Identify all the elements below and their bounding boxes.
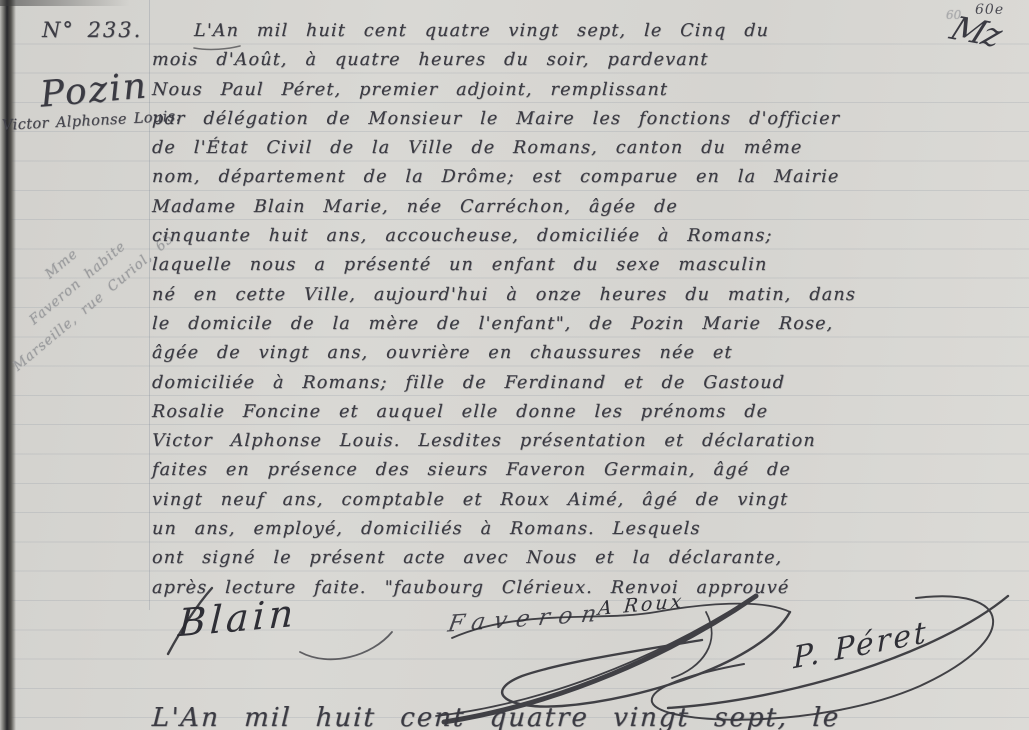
act-line: cinquante huit ans, accoucheuse, domicil… [151, 222, 1018, 251]
signature-peret: P. Péret [793, 615, 929, 677]
act-line: par délégation de Monsieur le Maire les … [151, 105, 1018, 134]
act-number: N° 233. [42, 18, 142, 42]
act-line: domiciliée à Romans; fille de Ferdinand … [151, 369, 1018, 398]
signature-blain: Blain [177, 591, 298, 646]
act-line: un ans, employé, domiciliés à Romans. Le… [151, 515, 1018, 544]
act-line: Rosalie Foncine et auquel elle donne les… [151, 398, 1018, 427]
act-line: faites en présence des sieurs Faveron Ge… [151, 456, 1018, 485]
binding-edge-top [0, 0, 130, 6]
flourish-roux-tail [672, 612, 712, 678]
act-line: Madame Blain Marie, née Carréchon, âgée … [151, 193, 1018, 222]
act-line: mois d'Août, à quatre heures du soir, pa… [151, 46, 1018, 75]
next-act-partial-line: L'An mil huit cent quatre vingt sept, le [151, 703, 841, 730]
signature-faveron: Faveron [446, 600, 608, 637]
margin-rule-line [149, 0, 150, 610]
act-line: né en cette Ville, aujourd'hui à onze he… [151, 281, 1018, 310]
act-line: nom, département de la Drôme; est compar… [151, 163, 1018, 192]
act-line: ont signé le présent acte avec Nous et l… [151, 544, 1018, 573]
act-line: âgée de vingt ans, ouvrière en chaussure… [151, 339, 1018, 368]
act-line: vingt neuf ans, comptable et Roux Aimé, … [151, 486, 1018, 515]
child-given-names: Victor Alphonse Louis. [2, 110, 153, 134]
act-line: L'An mil huit cent quatre vingt sept, le… [151, 17, 1018, 46]
flourish-blain-tail [300, 632, 392, 659]
child-surname: Pozin [38, 65, 149, 115]
act-line: le domicile de la mère de l'enfant", de … [151, 310, 1018, 339]
act-line: laquelle nous a présenté un enfant du se… [151, 251, 1018, 280]
register-page-scan: N° 233. Pozin Victor Alphonse Louis. Mme… [0, 0, 1029, 730]
act-line: Victor Alphonse Louis. Lesdites présenta… [151, 427, 1018, 456]
act-body-text: L'An mil huit cent quatre vingt sept, le… [152, 17, 1018, 603]
act-line: Nous Paul Péret, premier adjoint, rempli… [151, 76, 1018, 105]
act-line: de l'État Civil de la Ville de Romans, c… [151, 134, 1018, 163]
